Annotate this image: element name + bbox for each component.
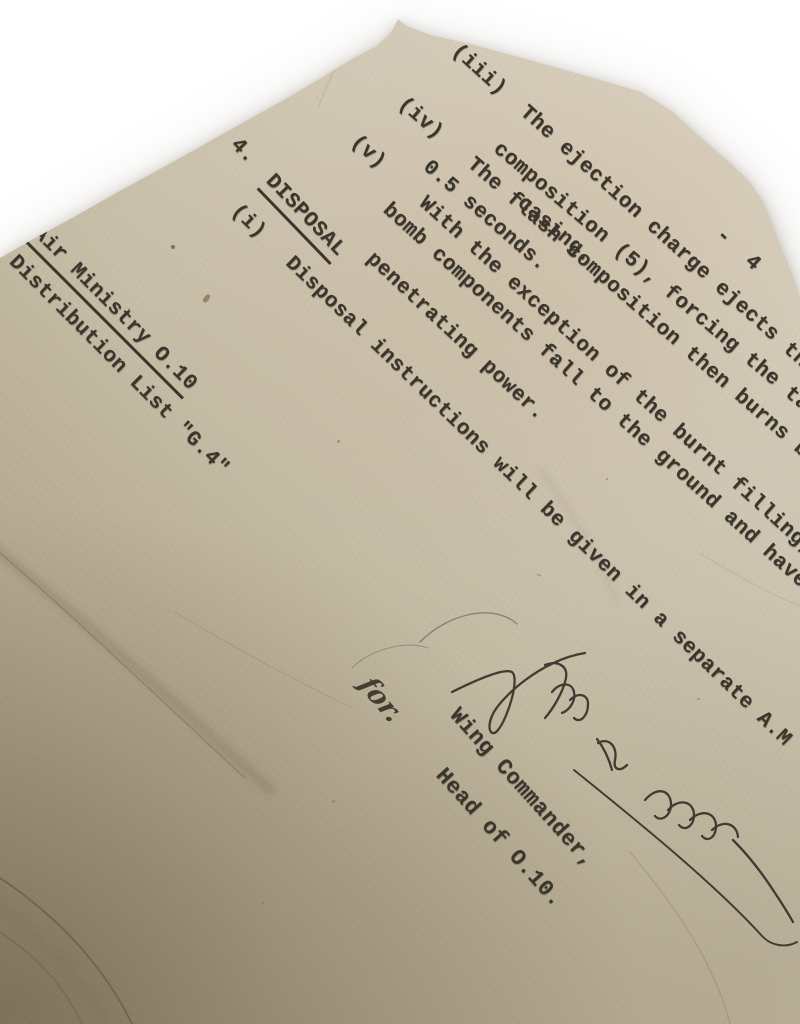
footer-distribution-line: Distribution List "G.4" — [4, 251, 233, 480]
paper-speck — [337, 440, 340, 443]
photo-of-document: - 4 (iii) The ejection charge ejects the… — [0, 0, 800, 1024]
closing-role-line: Head of O.10. — [430, 764, 567, 913]
paper-speck — [202, 293, 211, 303]
paper-speck — [332, 800, 335, 803]
paper-shadow: - 4 (iii) The ejection charge ejects the… — [0, 0, 800, 1024]
handwritten-for: for. — [351, 672, 410, 727]
section-gap — [249, 164, 266, 181]
section-heading: 4.DISPOSAL — [225, 134, 349, 262]
paper-speck — [606, 478, 608, 480]
page-number: - 4 — [711, 224, 765, 276]
item-i-gap — [259, 239, 285, 264]
paper-speck — [262, 902, 264, 904]
section-number: 4. — [225, 134, 260, 169]
handwritten-signature — [0, 0, 800, 1024]
paper-speck — [171, 245, 175, 249]
paper-speck — [697, 698, 700, 700]
signature-underline-stroke — [574, 770, 797, 945]
paper-creases — [0, 0, 800, 1024]
paper-speck — [536, 573, 542, 577]
paper-sheet: - 4 (iii) The ejection charge ejects the… — [0, 0, 800, 1024]
item-i-label: (i) — [226, 200, 270, 244]
